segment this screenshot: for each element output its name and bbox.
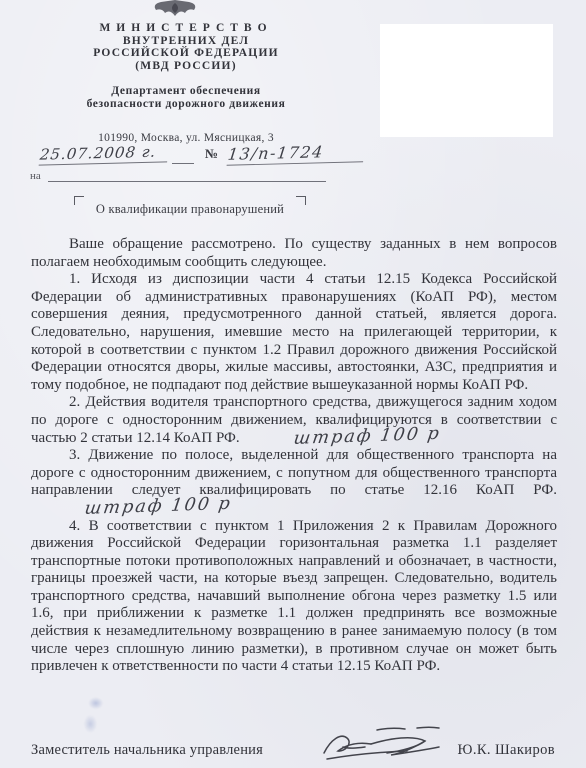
body-paragraph: 1. Исходя из диспозиции части 4 статьи 1… — [31, 271, 557, 394]
ministry-name-line: РОССИЙСКОЙ ФЕДЕРАЦИИ — [36, 47, 336, 60]
subject-line: О квалификации правонарушений — [86, 202, 294, 217]
crop-mark-right-icon — [296, 196, 306, 205]
department-name-line: безопасности дорожного движения — [36, 98, 336, 111]
paragraph-text: 3. Движение по полосе, выделенной для об… — [31, 447, 557, 498]
reply-to-line — [48, 169, 326, 182]
ministry-name-line: МИНИСТЕРСТВО — [36, 22, 336, 35]
body-paragraph: 3. Движение по полосе, выделенной для об… — [31, 447, 557, 517]
body-paragraph: 2. Действия водителя транспортного средс… — [31, 394, 557, 447]
letterhead: МИНИСТЕРСТВО ВНУТРЕННИХ ДЕЛ РОССИЙСКОЙ Ф… — [36, 22, 336, 145]
signature-block: Заместитель начальника управления Ю.К. Ш… — [31, 731, 557, 765]
outgoing-number: 13/п-1724 — [226, 141, 365, 166]
signer-name: Ю.К. Шакиров — [458, 742, 555, 759]
reference-row: 25.07.2008 г. № 13/п-1724 — [40, 143, 370, 167]
crop-mark-left-icon — [74, 196, 84, 205]
department-name: Департамент обеспечения безопасности дор… — [36, 85, 336, 111]
signer-title: Заместитель начальника управления — [31, 742, 263, 759]
handwritten-annotation: штраф 100 р — [254, 426, 441, 446]
body-paragraph: Ваше обращение рассмотрено. По существу … — [31, 236, 557, 271]
department-name-line: Департамент обеспечения — [36, 85, 336, 98]
date-underline — [172, 146, 194, 164]
subject-block: О квалификации правонарушений — [74, 196, 306, 218]
letter-body: Ваше обращение рассмотрено. По существу … — [31, 236, 557, 676]
handwritten-annotation: штраф 100 р — [45, 497, 232, 517]
paragraph-text: 4. В соответствии с пунктом 1 Приложения… — [31, 518, 557, 675]
coat-of-arms-icon — [149, 0, 201, 17]
redacted-area — [380, 24, 553, 137]
paragraph-text: 1. Исходя из диспозиции части 4 статьи 1… — [31, 271, 557, 393]
ministry-name-line: ВНУТРЕННИХ ДЕЛ — [36, 35, 336, 48]
letter-date: 25.07.2008 г. — [39, 142, 170, 165]
body-paragraph: 4. В соответствии с пунктом 1 Приложения… — [31, 518, 557, 676]
paragraph-text: Ваше обращение рассмотрено. По существу … — [31, 236, 557, 270]
scanned-letter-page: МИНИСТЕРСТВО ВНУТРЕННИХ ДЕЛ РОССИЙСКОЙ Ф… — [0, 0, 586, 768]
reply-to-row: на — [30, 169, 370, 182]
reply-to-label: на — [30, 170, 41, 182]
number-sign: № — [205, 146, 218, 161]
ministry-name-line: (МВД РОССИИ) — [36, 60, 336, 73]
